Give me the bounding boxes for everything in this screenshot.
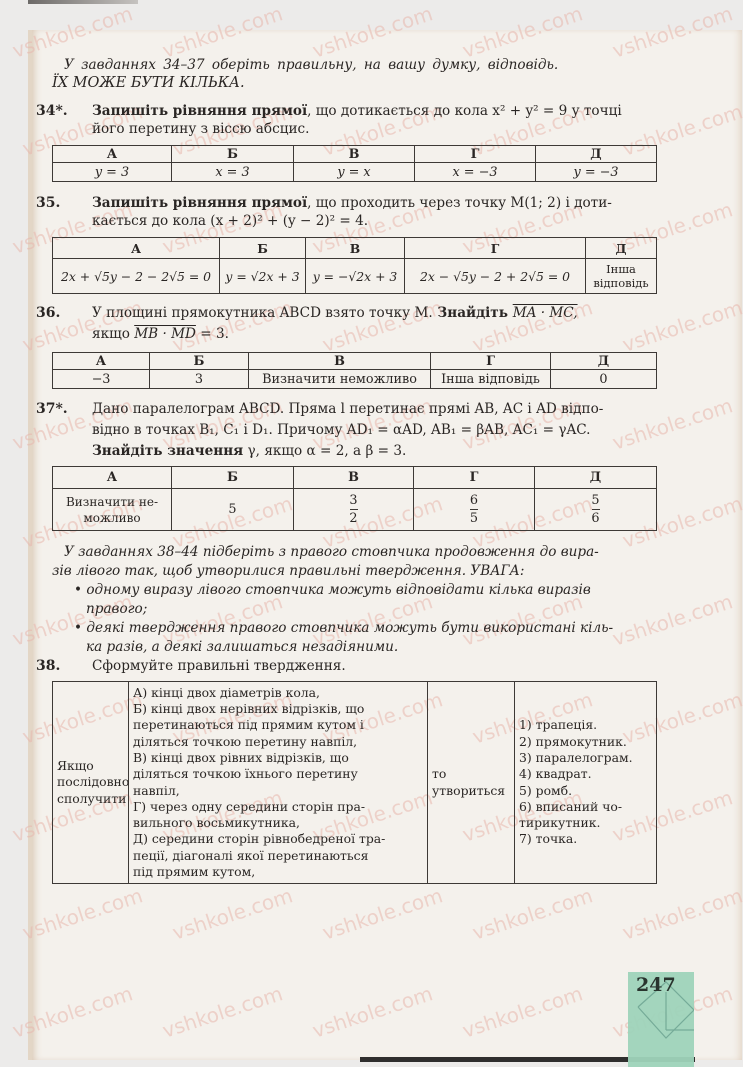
connector-text: утвориться bbox=[432, 783, 510, 799]
option-v-header: В bbox=[294, 467, 414, 489]
q36-vectors-1: MA · MC, bbox=[513, 305, 578, 321]
connector-column: то утвориться bbox=[428, 682, 515, 884]
option-v-answer[interactable]: 32 bbox=[294, 489, 414, 531]
option-d-answer[interactable]: 0 bbox=[551, 370, 657, 389]
left-text: Якщо bbox=[57, 758, 124, 774]
option-b-header: Б bbox=[220, 238, 306, 259]
numerator: 5 bbox=[591, 493, 599, 508]
option-b-answer[interactable]: y = √2x + 3 bbox=[220, 259, 306, 294]
question-37-text-line2: відно в точках B₁, C₁ і D₁. Причому AD₁ … bbox=[92, 421, 591, 439]
option-v-header: В bbox=[306, 238, 405, 259]
option-line: 2) прямокутник. bbox=[519, 734, 652, 750]
option-d-answer[interactable]: Інша відповідь bbox=[586, 259, 657, 294]
option-g-header: Г bbox=[405, 238, 586, 259]
option-line: Г) через одну середини сторін пра- bbox=[133, 799, 423, 815]
option-g-answer[interactable]: Інша відповідь bbox=[431, 370, 551, 389]
option-line: А) кінці двох діаметрів кола, bbox=[133, 685, 423, 701]
option-a-answer[interactable]: −3 bbox=[53, 370, 150, 389]
question-35-text-line1: Запишіть рівняння прямої, що проходить ч… bbox=[92, 194, 612, 212]
option-v-answer[interactable]: Визначити неможливо bbox=[249, 370, 431, 389]
left-text: послідовно bbox=[57, 774, 124, 790]
option-line: пеції, діагоналі якої перетинаються bbox=[133, 848, 423, 864]
option-b-answer[interactable]: 5 bbox=[172, 489, 294, 531]
q34-bold: Запишіть рівняння прямої bbox=[92, 103, 307, 119]
option-b-answer[interactable]: x = 3 bbox=[172, 163, 294, 182]
q36-vectors-2: MB · MD bbox=[134, 326, 196, 342]
option-a-header: А bbox=[53, 238, 220, 259]
option-line: 4) квадрат. bbox=[519, 766, 652, 782]
intro-instruction-line1: У завданнях 34–37 оберіть правильну, на … bbox=[64, 56, 558, 74]
option-line: 6) вписаний чо- bbox=[519, 799, 652, 815]
question-36-text-line2: якщо MB · MD = 3. bbox=[92, 325, 229, 343]
q34-rest: , що дотикається до кола x² + y² = 9 у т… bbox=[307, 103, 622, 119]
left-text: сполучити bbox=[57, 791, 124, 807]
question-38-number: 38. bbox=[36, 657, 60, 675]
option-a-answer[interactable]: 2x + √5y − 2 − 2√5 = 0 bbox=[53, 259, 220, 294]
option-g-answer[interactable]: 65 bbox=[414, 489, 535, 531]
option-a-header: А bbox=[53, 353, 150, 370]
option-g-answer[interactable]: 2x − √5y − 2 + 2√5 = 0 bbox=[405, 259, 586, 294]
left-column: Якщо послідовно сполучити bbox=[53, 682, 129, 884]
question-38-title: Сформуйте правильні твердження. bbox=[92, 657, 346, 675]
option-b-header: Б bbox=[172, 146, 294, 163]
option-d-header: Д bbox=[586, 238, 657, 259]
page-number-tab: 247 bbox=[628, 972, 694, 1067]
question-36-options-table: А Б В Г Д −3 3 Визначити неможливо Інша … bbox=[52, 352, 657, 389]
option-b-header: Б bbox=[172, 467, 294, 489]
option-d-header: Д bbox=[536, 146, 657, 163]
option-g-header: Г bbox=[431, 353, 551, 370]
intro2-bullet2-line2: ка разів, а деякі залишаться незадіяними… bbox=[86, 638, 398, 656]
option-line: 7) точка. bbox=[519, 831, 652, 847]
fraction: 32 bbox=[349, 493, 357, 526]
middle-column-options: А) кінці двох діаметрів кола,Б) кінці дв… bbox=[129, 682, 428, 884]
question-37-text-line1: Дано паралелограм ABCD. Пряма l перетина… bbox=[92, 400, 603, 418]
intro2-bullet1-line1: • одному виразу лівого стовпчика можуть … bbox=[74, 581, 591, 599]
option-line: тирикутник. bbox=[519, 815, 652, 831]
option-line: Б) кінці двох нерівних відрізків, що bbox=[133, 701, 423, 717]
question-37-options-table: А Б В Г Д Визначити не-можливо 5 32 65 5… bbox=[52, 466, 657, 531]
option-line: 5) ромб. bbox=[519, 783, 652, 799]
option-line: діляться точкою їхнього перетину bbox=[133, 766, 423, 782]
question-34-text-line2: його перетину з віссю абсцис. bbox=[92, 120, 309, 138]
intro2-line1: У завданнях 38–44 підберіть з правого ст… bbox=[64, 543, 599, 561]
intro-instruction-line2: ЇХ МОЖЕ БУТИ КІЛЬКА. bbox=[52, 74, 245, 92]
q37-rest: γ, якщо α = 2, а β = 3. bbox=[243, 443, 406, 459]
option-g-answer[interactable]: x = −3 bbox=[415, 163, 536, 182]
option-line: 1) трапеція. bbox=[519, 717, 652, 733]
question-36-number: 36. bbox=[36, 304, 60, 322]
bullet2-text: деякі твердження правого стовпчика можут… bbox=[86, 620, 613, 636]
question-34-number: 34*. bbox=[36, 102, 68, 120]
q36-text-b: якщо bbox=[92, 326, 134, 342]
question-38-matching-table: Якщо послідовно сполучити А) кінці двох … bbox=[52, 681, 657, 884]
option-a-header: А bbox=[53, 146, 172, 163]
option-g-header: Г bbox=[415, 146, 536, 163]
numerator: 6 bbox=[470, 493, 478, 508]
intro2-line2: зів лівого так, щоб утворилися правильні… bbox=[52, 562, 524, 580]
option-a-answer[interactable]: y = 3 bbox=[53, 163, 172, 182]
option-v-answer[interactable]: y = x bbox=[294, 163, 415, 182]
question-34-options-table: А Б В Г Д y = 3 x = 3 y = x x = −3 y = −… bbox=[52, 145, 657, 182]
connector-text: то bbox=[432, 766, 510, 782]
question-37-number: 37*. bbox=[36, 400, 68, 418]
right-column-options: 1) трапеція.2) прямокутник.3) паралелогр… bbox=[515, 682, 657, 884]
denominator: 5 bbox=[470, 511, 478, 526]
option-v-answer[interactable]: y = −√2x + 3 bbox=[306, 259, 405, 294]
question-36-text-line1: У площині прямокутника ABCD взято точку … bbox=[92, 304, 578, 322]
option-line: вильного восьмикутника, bbox=[133, 815, 423, 831]
q35-bold: Запишіть рівняння прямої bbox=[92, 195, 307, 211]
option-d-answer[interactable]: 56 bbox=[535, 489, 657, 531]
option-a-header: А bbox=[53, 467, 172, 489]
option-d-header: Д bbox=[551, 353, 657, 370]
option-v-header: В bbox=[249, 353, 431, 370]
option-line: 3) паралелограм. bbox=[519, 750, 652, 766]
q37-bold: Знайдіть значення bbox=[92, 443, 243, 459]
option-d-header: Д bbox=[535, 467, 657, 489]
q36-text-c: = 3. bbox=[196, 326, 229, 342]
option-g-header: Г bbox=[414, 467, 535, 489]
intro2-bullet2-line1: • деякі твердження правого стовпчика мож… bbox=[74, 619, 613, 637]
fraction: 65 bbox=[470, 493, 478, 526]
option-a-answer[interactable]: Визначити не-можливо bbox=[53, 489, 172, 531]
bullet-icon: • bbox=[74, 620, 86, 636]
option-b-answer[interactable]: 3 bbox=[150, 370, 249, 389]
option-line: діляться точкою перетину навпіл, bbox=[133, 734, 423, 750]
option-line: Д) середини сторін рівнобедреної тра- bbox=[133, 831, 423, 847]
option-line: В) кінці двох рівних відрізків, що bbox=[133, 750, 423, 766]
q36-text-a: У площині прямокутника ABCD взято точку … bbox=[92, 305, 433, 321]
question-37-text-line3: Знайдіть значення γ, якщо α = 2, а β = 3… bbox=[92, 442, 406, 460]
intro2-bullet1-line2: правого; bbox=[86, 600, 147, 618]
page-number: 247 bbox=[636, 974, 676, 996]
question-35-text-line2: кається до кола (x + 2)² + (y − 2)² = 4. bbox=[92, 212, 368, 230]
denominator: 2 bbox=[349, 511, 357, 526]
numerator: 3 bbox=[349, 493, 357, 508]
q36-bold: Знайдіть bbox=[433, 305, 513, 321]
bullet-icon: • bbox=[74, 582, 86, 598]
q35-rest: , що проходить через точку M(1; 2) і дот… bbox=[307, 195, 612, 211]
question-35-number: 35. bbox=[36, 194, 60, 212]
option-d-answer[interactable]: y = −3 bbox=[536, 163, 657, 182]
fraction: 56 bbox=[591, 493, 599, 526]
option-b-header: Б bbox=[150, 353, 249, 370]
option-line: перетинаються під прямим кутом і bbox=[133, 717, 423, 733]
option-line: під прямим кутом, bbox=[133, 864, 423, 880]
question-35-options-table: А Б В Г Д 2x + √5y − 2 − 2√5 = 0 y = √2x… bbox=[52, 237, 657, 294]
option-v-header: В bbox=[294, 146, 415, 163]
option-line: навпіл, bbox=[133, 783, 423, 799]
question-34-text-line1: Запишіть рівняння прямої, що дотикається… bbox=[92, 102, 622, 120]
bullet1-text: одному виразу лівого стовпчика можуть ві… bbox=[86, 582, 590, 598]
denominator: 6 bbox=[591, 511, 599, 526]
